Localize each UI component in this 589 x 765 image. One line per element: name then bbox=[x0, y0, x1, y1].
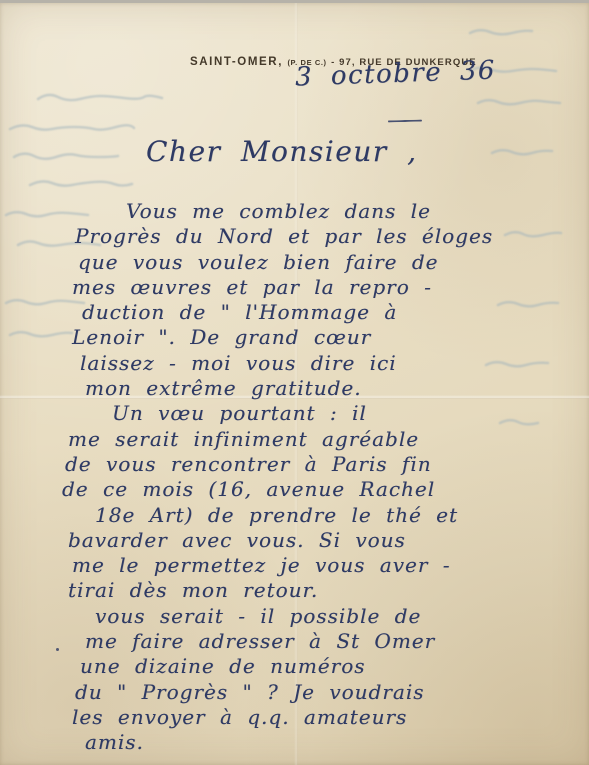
handwritten-line: une dizaine de numéros bbox=[80, 654, 562, 679]
handwritten-line: de vous rencontrer à Paris fin bbox=[65, 452, 562, 477]
handwritten-line: amis. bbox=[85, 730, 562, 755]
letterhead-city: SAINT-OMER, bbox=[190, 56, 283, 68]
handwritten-line: me le permettez je vous aver - bbox=[72, 553, 562, 578]
handwritten-line: les envoyer à q.q. amateurs bbox=[72, 705, 562, 730]
handwritten-line: Vous me comblez dans le bbox=[126, 199, 562, 224]
handwritten-line: vous serait - il possible de bbox=[95, 604, 562, 629]
handwritten-line: tirai dès mon retour. bbox=[68, 578, 562, 603]
handwritten-line: Progrès du Nord et par les éloges bbox=[75, 224, 562, 249]
handwritten-line: de ce mois (16, avenue Rachel bbox=[62, 477, 562, 502]
handwritten-line: Un vœu pourtant : il bbox=[112, 401, 562, 426]
handwritten-line: Lenoir ". De grand cœur bbox=[72, 325, 562, 350]
handwritten-line: que vous voulez bien faire de bbox=[78, 250, 562, 275]
handwritten-line: me serait infiniment agréable bbox=[68, 427, 562, 452]
handwritten-line: me faire adresser à St Omer bbox=[85, 629, 562, 654]
handwritten-line: mon extrême gratitude. bbox=[85, 376, 562, 401]
salutation: Cher Monsieur , bbox=[146, 135, 418, 168]
handwritten-line: 18e Art) de prendre le thé et bbox=[95, 503, 562, 528]
handwritten-line: mes œuvres et par la repro - bbox=[72, 275, 562, 300]
handwritten-line: bavarder avec vous. Si vous bbox=[68, 528, 562, 553]
handwritten-line: du " Progrès " ? Je voudrais bbox=[75, 680, 562, 705]
letter-body: Vous me comblez dans le Progrès du Nord … bbox=[62, 199, 562, 756]
handwritten-line: duction de " l'Hommage à bbox=[82, 300, 562, 325]
scanned-letter: SAINT-OMER, (P. DE C.) - 97, RUE DE DUNK… bbox=[0, 0, 589, 765]
handwritten-line: laissez - moi vous dire ici bbox=[80, 351, 562, 376]
ink-dot bbox=[56, 648, 59, 651]
letter-paper: SAINT-OMER, (P. DE C.) - 97, RUE DE DUNK… bbox=[0, 3, 589, 765]
